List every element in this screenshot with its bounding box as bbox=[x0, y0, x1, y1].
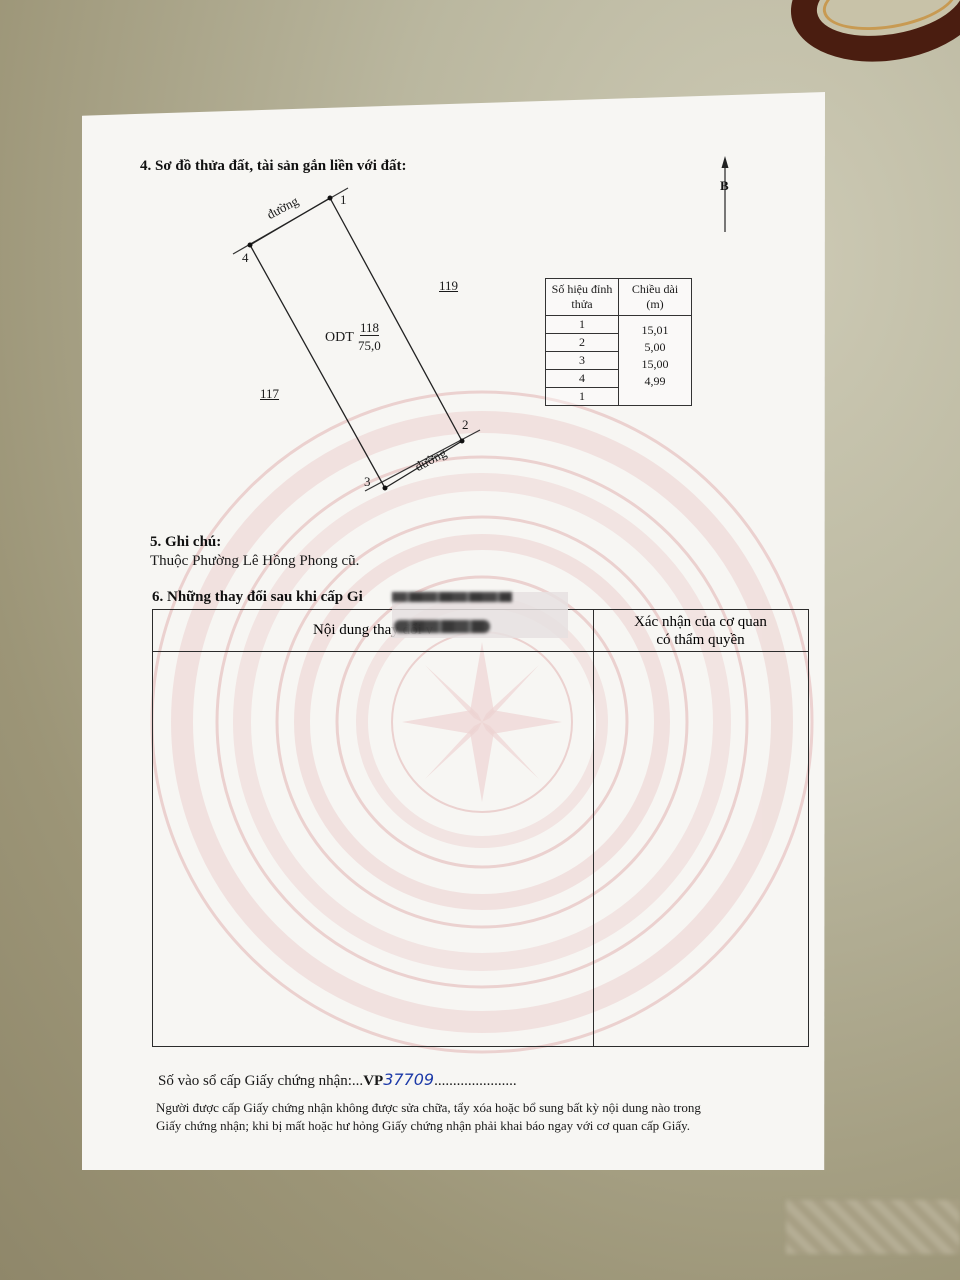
vertex-cell: 3 bbox=[546, 352, 619, 370]
vertex-cell: 1 bbox=[546, 388, 619, 406]
parcel-area: 75,0 bbox=[358, 338, 381, 354]
section6-title: 6. Những thay đổi sau khi cấp Gi bbox=[152, 589, 363, 606]
tape-roll-inner bbox=[818, 0, 960, 39]
neighbor-parcel-119: 119 bbox=[439, 278, 458, 294]
parcel-sketch bbox=[82, 92, 825, 592]
vertex-4-label: 4 bbox=[242, 250, 249, 266]
redaction-mark bbox=[392, 592, 512, 602]
registry-dots: ...................... bbox=[434, 1073, 517, 1089]
vertex-2-label: 2 bbox=[462, 417, 469, 433]
authority-header-line1: Xác nhận của cơ quan bbox=[593, 613, 808, 631]
section5-note: Thuộc Phường Lê Hồng Phong cũ. bbox=[150, 553, 359, 570]
changes-header-divider bbox=[153, 651, 808, 652]
registry-line: Số vào sổ cấp Giấy chứng nhận:...VP37709… bbox=[158, 1070, 517, 1090]
land-certificate-page: 4. Sơ đồ thửa đất, tài sản gắn liền với … bbox=[82, 92, 825, 1170]
length-value: 15,01 bbox=[623, 322, 687, 339]
length-value: 15,00 bbox=[623, 356, 687, 373]
neighbor-parcel-117: 117 bbox=[260, 386, 279, 402]
changes-column-divider bbox=[593, 610, 594, 1046]
changes-authority-header: Xác nhận của cơ quan có thẩm quyền bbox=[593, 613, 808, 649]
registry-handwritten-number: 37709 bbox=[383, 1070, 434, 1089]
length-value: 5,00 bbox=[623, 339, 687, 356]
vertex-cell: 2 bbox=[546, 334, 619, 352]
length-value: 4,99 bbox=[623, 373, 687, 390]
vertex-cell: 1 bbox=[546, 316, 619, 334]
parcel-number: 118 bbox=[360, 321, 379, 336]
land-type-label: ODT bbox=[325, 330, 354, 346]
vertex-3-label: 3 bbox=[364, 474, 371, 490]
changes-table: Nội dung thay đổi v Xác nhận của cơ quan… bbox=[152, 609, 809, 1047]
authority-header-line2: có thẩm quyền bbox=[593, 631, 808, 649]
vertex-length-table: Số hiệu đỉnh thửa Chiều dài (m) 1 15,01 … bbox=[545, 278, 692, 406]
footer-notice-line2: Giấy chứng nhận; khi bị mất hoặc hư hỏng… bbox=[156, 1118, 690, 1134]
redaction-mark bbox=[394, 620, 490, 633]
section5-title: 5. Ghi chú: bbox=[150, 534, 221, 551]
tape-roll bbox=[781, 0, 960, 76]
vertex-cell: 4 bbox=[546, 370, 619, 388]
registry-prefix: VP bbox=[363, 1073, 383, 1089]
footer-notice-line1: Người được cấp Giấy chứng nhận không đượ… bbox=[156, 1100, 701, 1116]
vertex-1-label: 1 bbox=[340, 192, 347, 208]
blurred-watermark-corner bbox=[786, 1200, 960, 1254]
vertex-column-header: Số hiệu đỉnh thửa bbox=[546, 279, 619, 316]
lengths-cell: 15,01 5,00 15,00 4,99 bbox=[619, 316, 692, 406]
registry-label: Số vào sổ cấp Giấy chứng nhận:... bbox=[158, 1073, 363, 1089]
length-column-header: Chiều dài (m) bbox=[619, 279, 692, 316]
